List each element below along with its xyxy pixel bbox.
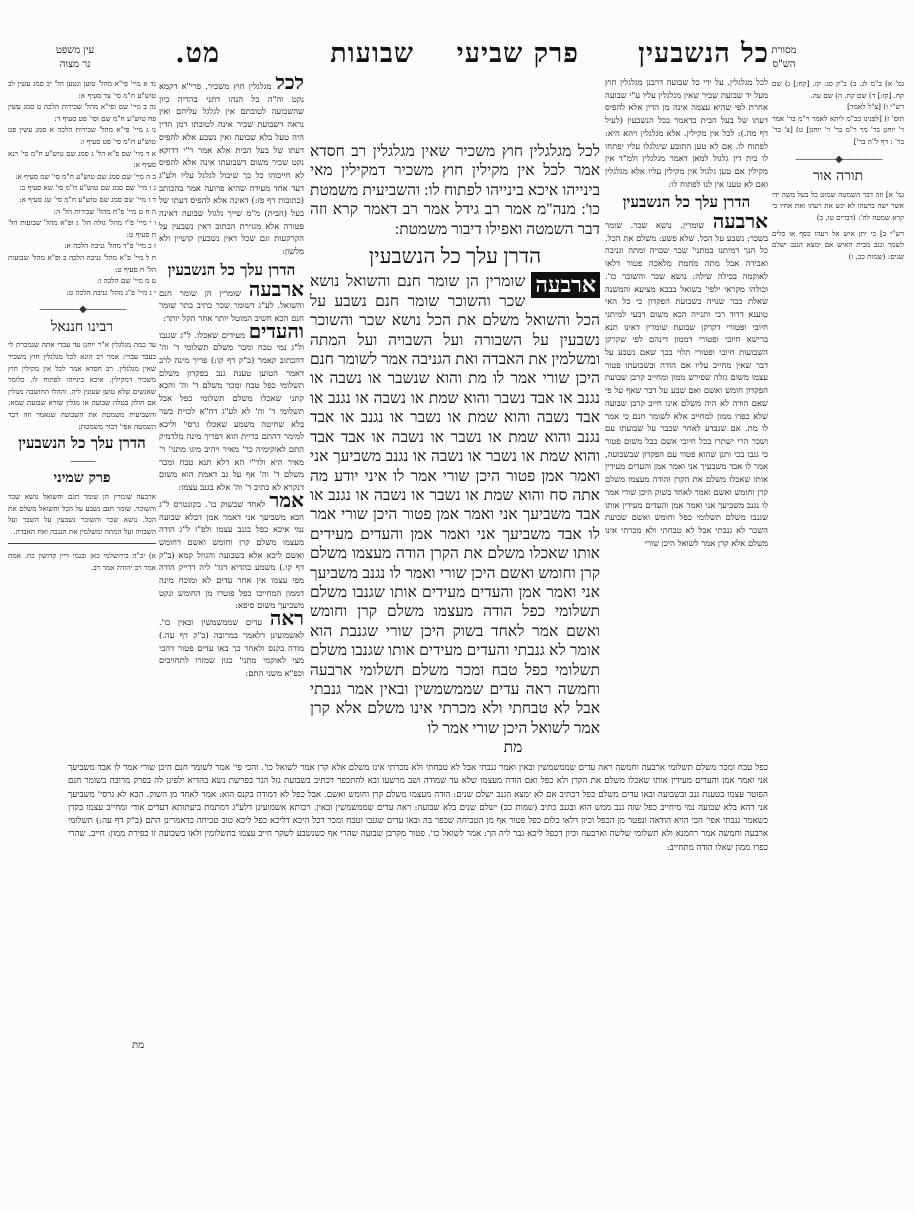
- torah-or-title: תורה אור: [772, 171, 904, 183]
- ein-mishpat-entry: ב ה מיי' שם סמג שם טוש"ע ח"מ סי' שמ סעיף…: [8, 171, 156, 183]
- rashi-bottom-text: כפל טבח ומכר משלם תשלומי ארבעה וחמשה ראה…: [68, 762, 768, 855]
- rashi-column: לכל מגלגלין. על ידי כל שבועה דרבנן מגלגל…: [605, 76, 768, 756]
- ein-mishpat-entry: ג ו מיי' שם סמג שם טוש"ע ח"מ סי' שא סעיף…: [8, 182, 156, 194]
- ein-mishpat-entry: ד ז מיי' שם סמג שם טוש"ע ח"מ סי' שג סעיף…: [8, 194, 156, 206]
- tosafot-edim-dh: מעידים שאכלו. ל"ג שגנבו ול"ג נמי טבח ומכ…: [159, 330, 304, 492]
- ein-mishpat-entry: א ד מיי' שם פ"א הל' ג סמג שם טוש"ע ח"מ ס…: [8, 148, 156, 171]
- ein-mishpat-entry: ה ח ט מיי' פ"ח מהל' שכירות הל' ה:: [8, 206, 156, 218]
- ein-mishpat-label-line2: נר מצוה: [45, 58, 105, 72]
- rashi-top-text: לכל מגלגלין. על ידי כל שבועה דרבנן מגלגל…: [605, 76, 768, 190]
- gemara-last-word: מת: [426, 738, 600, 757]
- ein-mishpat-label: עין משפט נר מצוה: [45, 44, 105, 72]
- ein-mishpat-column: נד א מיי' פי"א מהל' טוען ונטען הל' יב סמ…: [8, 78, 156, 768]
- perek-number-header: פרק שביעי: [457, 40, 579, 67]
- rabbeinu-chananel-perek-text: ארבעה שומרין הן שומר חנם והשואל נושא שכר…: [8, 491, 156, 537]
- tosafot-column: לכל מגלגלין חוץ משכיר. פרי"א דקמא נקט וה…: [159, 76, 304, 756]
- tosafot-hadran: הדרן עלך כל הנשבעין: [159, 264, 304, 277]
- tosafot-amar-dh: לאחד שבשוק כו'. בקונטרס ל"ג הכא משביעך א…: [159, 499, 304, 611]
- rabbeinu-chananel-footnote: א) יכ"ה בירושלמי כאן ובנמי דיין קדושין כ…: [8, 550, 156, 573]
- masoret-entry: תוס' ז) [לפנינו בכ"מ ליתא לאמר ר"מ בר' א…: [772, 113, 904, 148]
- ein-mishpat-entry: נה ב מיי' שם ופי"א מהל' שכירות הלכה ט סמ…: [8, 101, 156, 124]
- folio-number: מט.: [175, 40, 220, 67]
- ornamental-divider: —————◆—————: [772, 154, 904, 166]
- mishnah-text: שומרין הן שומר חנם והשואל נושא שכר והשוכ…: [310, 273, 600, 736]
- mishnah-opening-word: ארבעה: [531, 272, 600, 298]
- ein-mishpat-entry: ח ל מיי' פ"א מהל' גניבה הלכה ב ופ"א מהל'…: [8, 252, 156, 275]
- tosafot-opening-word: לכל: [276, 76, 305, 94]
- torah-or-entry: גמ' א] וזה דבר השמטה שמוט כל בעל משה ידו…: [772, 189, 904, 224]
- tosafot-raah-opening: ראה: [270, 606, 304, 630]
- perek-name-header: כל הנשבעין: [638, 40, 769, 67]
- ein-mishpat-entry: ט מ מיי' שם הלכה ו:: [8, 275, 156, 287]
- ein-mishpat-entry: נד א מיי' פי"א מהל' טוען ונטען הל' יב סמ…: [8, 78, 156, 101]
- masoret-hashas-column: גמ' א) ב"מ לג. ב) ב"ק סג: קז. [קח:] ג) ש…: [772, 78, 904, 378]
- ein-mishpat-entry: ז כ מיי' פ"ד מהל' גניבה הלכה א:: [8, 240, 156, 252]
- torah-or-entry: רש"י ב] כי יתן איש אל רעהו כסף או כלים ל…: [772, 228, 904, 263]
- rabbeinu-chananel-text: עד כמה מגלגלין א"ר יוחנן עד עבדי אתה שנמ…: [8, 339, 156, 432]
- tosafot-mishnah-opening: ארבעה: [249, 277, 304, 301]
- rabbeinu-chananel-title: רבינו חננאל: [8, 322, 156, 334]
- rabbeinu-chananel-hadran: הדרן עלך כל הנשבעין: [8, 438, 156, 450]
- footnote-rule: [8, 543, 156, 544]
- ein-mishpat-entry: נו ג מיי' פי"א מהל' שכירות הלכה א סמג עש…: [8, 124, 156, 147]
- ornamental-divider: ———: [8, 456, 156, 468]
- gemara-hadran: הדרן עלך כל הנשבעין: [310, 247, 600, 266]
- rashi-mishnah-opening: ארבעה: [713, 209, 768, 233]
- rashi-hadran: הדרן עלך כל הנשבעין: [605, 196, 768, 209]
- tractate-header: שבועות: [330, 40, 414, 67]
- gemara-main-text: לכל מגלגלין חוץ משכיר שאין מגלגלין רב חס…: [310, 142, 600, 777]
- ein-mishpat-entry: ו י מיי' פ"ו מהל' גזלה הל' ג ופ"א מהל' ש…: [8, 217, 156, 240]
- ornamental-divider: —————◆—————: [8, 304, 156, 316]
- tosafot-amar-opening: אמר: [269, 488, 304, 512]
- gemara-top-text: לכל מגלגלין חוץ משכיר שאין מגלגלין רב חס…: [310, 142, 600, 239]
- masoret-entry: רש"י ו) [צ"ל לאמר]: [772, 101, 904, 113]
- masoret-entry: גמ' א) ב"מ לג. ב) ב"ק סג: קז. [קח:] ג) ש…: [772, 78, 904, 101]
- catchword: מת: [132, 1040, 144, 1051]
- tosafot-edim-opening: והעדים: [249, 319, 304, 343]
- rashi-mishnah-continued: אמר לו מת. אם שנבדע לאחר שכבר על שבועתו …: [605, 411, 768, 548]
- rabbeinu-chananel-perek-title: פרק שמיני: [8, 473, 156, 485]
- ein-mishpat-entry: י נ מיי' פ"ג מהל' גניבה הלכה ט:: [8, 287, 156, 299]
- rashi-mishnah-text: שומרין. נושא שכר. שומר בשכר: נשבע על הכל…: [605, 220, 768, 421]
- ein-mishpat-label-line1: עין משפט: [45, 44, 105, 58]
- rashi-bottom-continuation: כפל טבח ומכר משלם תשלומי ארבעה וחמשה ראה…: [68, 762, 768, 1037]
- tosafot-text: מגלגלין חוץ משכיר. פרי"א דקמא נקט וה"ה כ…: [159, 81, 304, 256]
